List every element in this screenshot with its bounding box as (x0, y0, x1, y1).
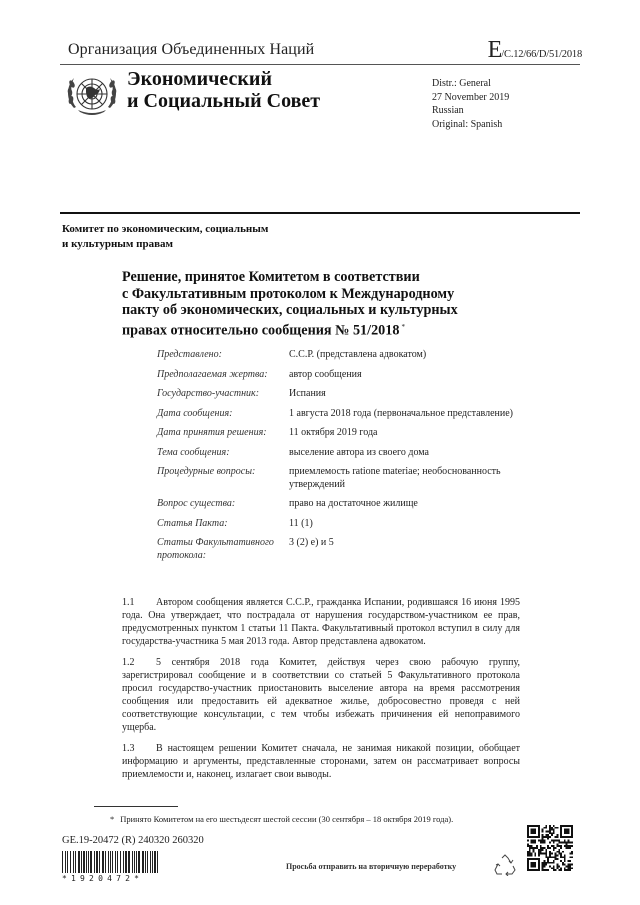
metadata-label: Статья Пакта: (157, 518, 289, 531)
committee-name: Комитет по экономическим, социальным и к… (62, 222, 268, 251)
metadata-row: Статьи Факультативного протокола:3 (2) е… (157, 537, 542, 562)
title-line-1: Решение, принятое Комитетом в соответств… (122, 269, 542, 286)
metadata-value: 3 (2) е) и 5 (289, 537, 542, 562)
council-line-2: и Социальный Совет (127, 90, 320, 112)
metadata-label: Дата принятия решения: (157, 427, 289, 440)
metadata-value: С.С.Р. (представлена адвокатом) (289, 349, 542, 362)
header-rule (60, 64, 580, 65)
metadata-value: 11 (1) (289, 518, 542, 531)
committee-line-2: и культурным правам (62, 237, 268, 252)
title-footnote-mark[interactable]: * (401, 323, 405, 331)
metadata-label: Государство-участник: (157, 388, 289, 401)
decision-title: Решение, принятое Комитетом в соответств… (122, 269, 542, 339)
footnote-mark: * (110, 814, 114, 824)
title-line-4: правах относительно сообщения № 51/2018* (122, 319, 542, 339)
metadata-row: Государство-участник:Испания (157, 388, 542, 401)
paragraph-text: В настоящем решении Комитет сначала, не … (122, 743, 520, 780)
paragraph-number: 1.2 (122, 656, 156, 669)
barcode-icon (62, 851, 158, 873)
metadata-value: 11 октября 2019 года (289, 427, 542, 440)
metadata-row: Дата сообщения:1 августа 2018 года (перв… (157, 408, 542, 421)
paragraph-text: 5 сентября 2018 года Комитет, действуя ч… (122, 657, 520, 733)
metadata-row: Представлено:С.С.Р. (представлена адвока… (157, 349, 542, 362)
barcode-text: *1920472* (62, 874, 143, 883)
metadata-label: Тема сообщения: (157, 447, 289, 460)
metadata-row: Статья Пакта:11 (1) (157, 518, 542, 531)
recycle-icon (494, 854, 516, 876)
metadata-label: Вопрос существа: (157, 498, 289, 511)
paragraph-number: 1.3 (122, 742, 156, 755)
document-language: Russian (432, 104, 509, 118)
distribution-date: 27 November 2019 (432, 91, 509, 105)
body-paragraphs: 1.1Автором сообщения является С.С.Р., гр… (122, 596, 520, 789)
paragraph: 1.1Автором сообщения является С.С.Р., гр… (122, 596, 520, 648)
footnote-text: Принято Комитетом на его шестьдесят шест… (120, 814, 453, 824)
metadata-label: Предполагаемая жертва: (157, 369, 289, 382)
recycle-notice: Просьба отправить на вторичную переработ… (286, 862, 456, 871)
distribution-type: Distr.: General (432, 77, 509, 91)
section-rule (60, 212, 580, 214)
distribution-block: Distr.: General 27 November 2019 Russian… (432, 77, 509, 131)
metadata-label: Процедурные вопросы: (157, 466, 289, 491)
metadata-value: право на достаточное жилище (289, 498, 542, 511)
metadata-label: Дата сообщения: (157, 408, 289, 421)
symbol-rest: /C.12/66/D/51/2018 (501, 49, 582, 60)
un-emblem-icon (64, 70, 120, 120)
organization-name: Организация Объединенных Наций (68, 41, 314, 59)
metadata-row: Процедурные вопросы:приемлемость ratione… (157, 466, 542, 491)
metadata-row: Вопрос существа:право на достаточное жил… (157, 498, 542, 511)
paragraph-text: Автором сообщения является С.С.Р., гражд… (122, 597, 520, 647)
metadata-value: Испания (289, 388, 542, 401)
metadata-row: Дата принятия решения:11 октября 2019 го… (157, 427, 542, 440)
paragraph-number: 1.1 (122, 596, 156, 609)
metadata-value: приемлемость ratione materiae; необоснов… (289, 466, 542, 491)
council-line-1: Экономический (127, 68, 320, 90)
footnote: *Принято Комитетом на его шестьдесят шес… (110, 814, 453, 824)
case-metadata-table: Представлено:С.С.Р. (представлена адвока… (157, 349, 542, 569)
metadata-label: Статьи Факультативного протокола: (157, 537, 289, 562)
metadata-value: автор сообщения (289, 369, 542, 382)
title-line-3: пакту об экономических, социальных и кул… (122, 302, 542, 319)
metadata-row: Тема сообщения:выселение автора из своег… (157, 447, 542, 460)
qr-code-icon (527, 823, 573, 873)
paragraph: 1.3В настоящем решении Комитет сначала, … (122, 742, 520, 781)
symbol-prefix: E (488, 37, 502, 63)
title-line-2: с Факультативным протоколом к Международ… (122, 286, 542, 303)
job-number: GE.19-20472 (R) 240320 260320 (62, 835, 204, 846)
metadata-value: выселение автора из своего дома (289, 447, 542, 460)
metadata-label: Представлено: (157, 349, 289, 362)
original-language: Original: Spanish (432, 118, 509, 132)
council-name: Экономический и Социальный Совет (127, 68, 320, 112)
paragraph: 1.25 сентября 2018 года Комитет, действу… (122, 656, 520, 734)
title-line-4-text: правах относительно сообщения № 51/2018 (122, 322, 399, 338)
document-symbol: E/C.12/66/D/51/2018 (488, 37, 582, 64)
metadata-value: 1 августа 2018 года (первоначальное пред… (289, 408, 542, 421)
committee-line-1: Комитет по экономическим, социальным (62, 222, 268, 237)
metadata-row: Предполагаемая жертва:автор сообщения (157, 369, 542, 382)
footnote-rule (94, 806, 178, 807)
